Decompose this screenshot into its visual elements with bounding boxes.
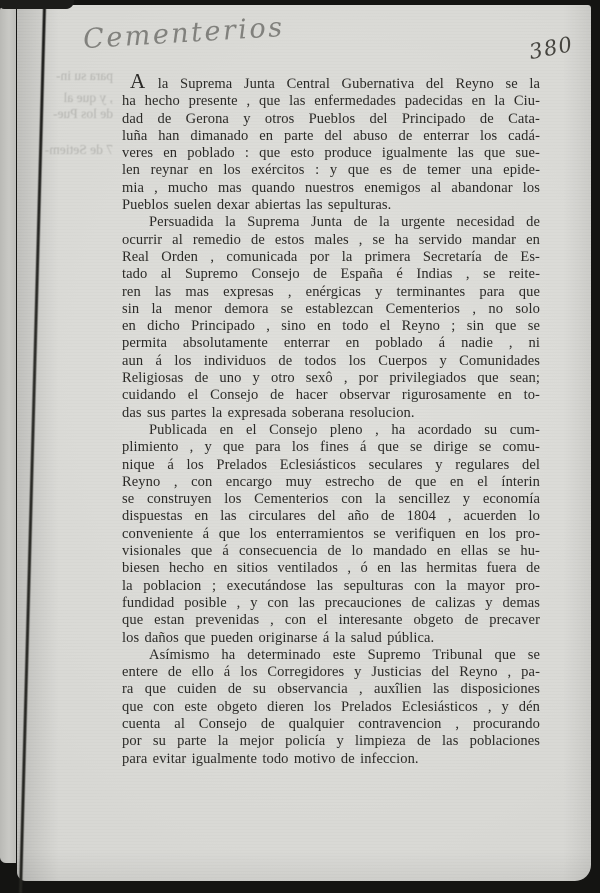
bleedthrough-fragment: de los Pue- xyxy=(17,106,113,122)
bleedthrough-fragment: , y que al xyxy=(17,90,113,106)
text-line: Reyno , con encargo muy estrecho de que … xyxy=(122,474,540,491)
text-line: nique á los Prelados Eclesiásticos secul… xyxy=(122,457,540,474)
text-line: veres en poblado : que esto produce igua… xyxy=(122,145,540,162)
bleedthrough-fragment: para su in- xyxy=(17,68,113,84)
text-line: por su parte la mejor policía y limpieza… xyxy=(122,733,540,750)
text-line: en dicho Principado , sino en todo el Re… xyxy=(122,318,540,335)
document-text-block: A la Suprema Junta Central Gubernativa d… xyxy=(122,71,540,768)
bleedthrough-fragment: 7 de Setiem- xyxy=(17,142,113,158)
text-line: plimiento , y que para los fines á que s… xyxy=(122,439,540,456)
text-line: cuenta al Consejo de qualquier contraven… xyxy=(122,716,540,733)
text-line: fundidad posible , y con las precaucione… xyxy=(122,595,540,612)
text-line: Pueblos suelen dexar abiertas las sepult… xyxy=(122,197,540,214)
text-line: Persuadida la Suprema Junta de la urgent… xyxy=(122,214,540,231)
text-line: ha hecho presente , que las enfermedades… xyxy=(122,93,540,110)
text-line: mia , mucho mas quando nuestros enemigos… xyxy=(122,180,540,197)
paragraph: A la Suprema Junta Central Gubernativa d… xyxy=(122,71,540,214)
text-line: luña han dimanado en parte del abuso de … xyxy=(122,128,540,145)
text-line: sin la menor demora se establezcan Cemen… xyxy=(122,301,540,318)
text-line: Asímismo ha determinado este Supremo Tri… xyxy=(122,647,540,664)
text-line: len reynar en los exércitos : y que es d… xyxy=(122,162,540,179)
text-line: dad de Gerona y otros Pueblos del Princi… xyxy=(122,111,540,128)
text-line: cuidando el Consejo de hacer observar ri… xyxy=(122,387,540,404)
text-line: A la Suprema Junta Central Gubernativa d… xyxy=(122,71,540,93)
text-line: entere de ello á los Corregidores y Just… xyxy=(122,664,540,681)
scan-artifact xyxy=(0,0,74,9)
text-line: biesen hecho en sitios ventilados , ó en… xyxy=(122,560,540,577)
text-line: para evitar igualmente todo motivo de in… xyxy=(122,751,540,768)
handwritten-page-number: 380 xyxy=(527,32,575,64)
text-line: permita absolutamente enterrar en poblad… xyxy=(122,335,540,352)
paragraph: Asímismo ha determinado este Supremo Tri… xyxy=(122,647,540,768)
text-line: das sus partes la expresada soberana res… xyxy=(122,405,540,422)
text-line: ocurrir al remedio de estos males , se h… xyxy=(122,232,540,249)
text-line: se construyen los Cementerios con la sen… xyxy=(122,491,540,508)
text-line: Publicada en el Consejo pleno , ha acord… xyxy=(122,422,540,439)
text-line: que con este obgeto dieren los Prelados … xyxy=(122,699,540,716)
text-line: ren las mas expresas , enérgicas y termi… xyxy=(122,284,540,301)
text-line: aun á los individuos de todos los Cuerpo… xyxy=(122,353,540,370)
text-line: dispuestas en las circulares del año de … xyxy=(122,508,540,525)
text-line: ra que cuiden de su observancia , auxîli… xyxy=(122,681,540,698)
text-line: conveniente á que los enterramientos se … xyxy=(122,526,540,543)
document-page: Cementerios 380 para su in-, y que alde … xyxy=(17,5,591,881)
text-line: Real Orden , comunicada por la primera S… xyxy=(122,249,540,266)
text-line: Religiosas de uno y otro sexô , por priv… xyxy=(122,370,540,387)
text-line: visionales que á consecuencia de lo mand… xyxy=(122,543,540,560)
handwritten-annotation: Cementerios xyxy=(82,12,285,55)
paragraph: Persuadida la Suprema Junta de la urgent… xyxy=(122,214,540,422)
text-line: que estan prevenidas , con el interesant… xyxy=(122,612,540,629)
text-line: los daños que pueden originarse á la sal… xyxy=(122,630,540,647)
text-line: tado al Supremo Consejo de España é Indi… xyxy=(122,266,540,283)
previous-page-edge xyxy=(0,7,16,863)
text-line: la poblacion ; executándose las sepultur… xyxy=(122,578,540,595)
paragraph: Publicada en el Consejo pleno , ha acord… xyxy=(122,422,540,647)
